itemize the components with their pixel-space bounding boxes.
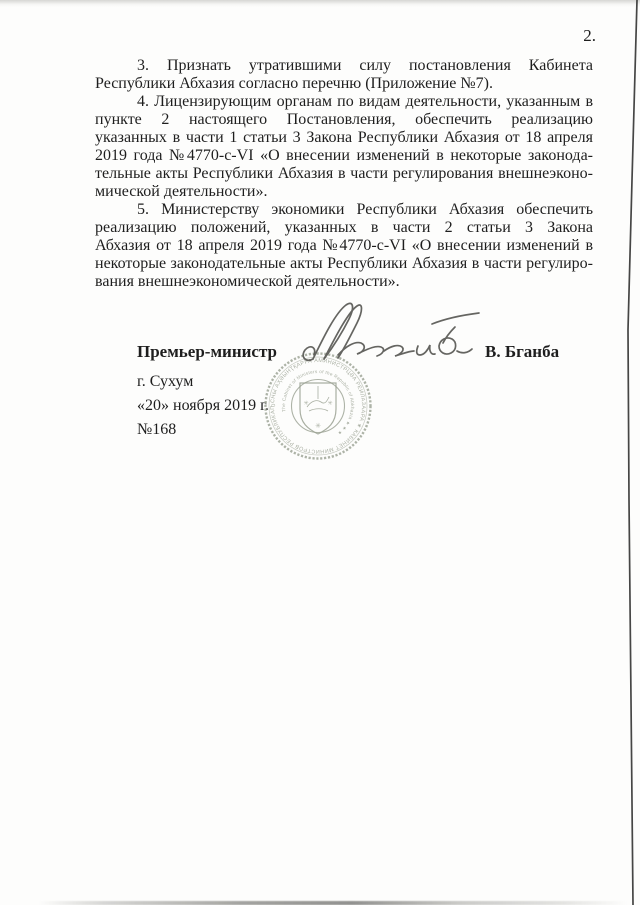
- body-text-line: некоторые законодательные акты Республик…: [95, 255, 593, 273]
- premier-name: В. Бганба: [485, 342, 559, 362]
- body-text-line: пункте 2 настоящего Постановления, обесп…: [95, 111, 593, 129]
- body-text-line: мической деятельности».: [95, 183, 593, 201]
- scanned-document-page: 2. 3. Признать утратившими силу постанов…: [0, 0, 640, 905]
- body-text-line: 5. Министерству экономики Республики Абх…: [95, 201, 593, 219]
- body-text-line: Абхазия от 18 апреля 2019 года №4770-с-V…: [95, 237, 593, 255]
- official-seal-stamp: АҦСНЫ АҲӘЫНҬҚАРРА АМИНИСТРЦӘА РЕИЛАЗААРА…: [243, 331, 393, 481]
- seal-stars: ✳ ✳ ✳: [303, 400, 332, 430]
- document-number: №168: [137, 421, 176, 439]
- scan-edge-line: [628, 0, 637, 905]
- body-text-line: 2019 года №4770-с-VI «О внесении изменен…: [95, 147, 593, 165]
- city-line: г. Сухум: [137, 373, 193, 391]
- body-text-line: вания внешнеэкономической деятельности».: [95, 273, 593, 291]
- body-paragraphs: 3. Признать утратившими силу постановлен…: [95, 57, 593, 291]
- body-text-line: указанных в части 1 статьи 3 Закона Респ…: [95, 129, 593, 147]
- svg-text:✳: ✳: [327, 400, 332, 407]
- scan-bottom-smudge: [0, 901, 640, 905]
- body-text-line: реализацию положений, указанных в части …: [95, 219, 593, 237]
- body-text-line: Республики Абхазия согласно перечню (При…: [95, 75, 593, 93]
- body-text-line: 4. Лицензирующим органам по видам деятел…: [95, 93, 593, 111]
- scan-top-noise: [0, 0, 640, 7]
- svg-text:✳: ✳: [303, 400, 308, 407]
- seal-ring-text: АҦСНЫ АҲӘЫНҬҚАРРА АМИНИСТРЦӘА РЕИЛАЗААРА…: [243, 331, 374, 467]
- page-number: 2.: [583, 26, 596, 46]
- body-text-line: 3. Признать утратившими силу постановлен…: [95, 57, 593, 75]
- svg-text:✳: ✳: [315, 422, 321, 430]
- body-text-line: тельные акты Республики Абхазия в части …: [95, 165, 593, 183]
